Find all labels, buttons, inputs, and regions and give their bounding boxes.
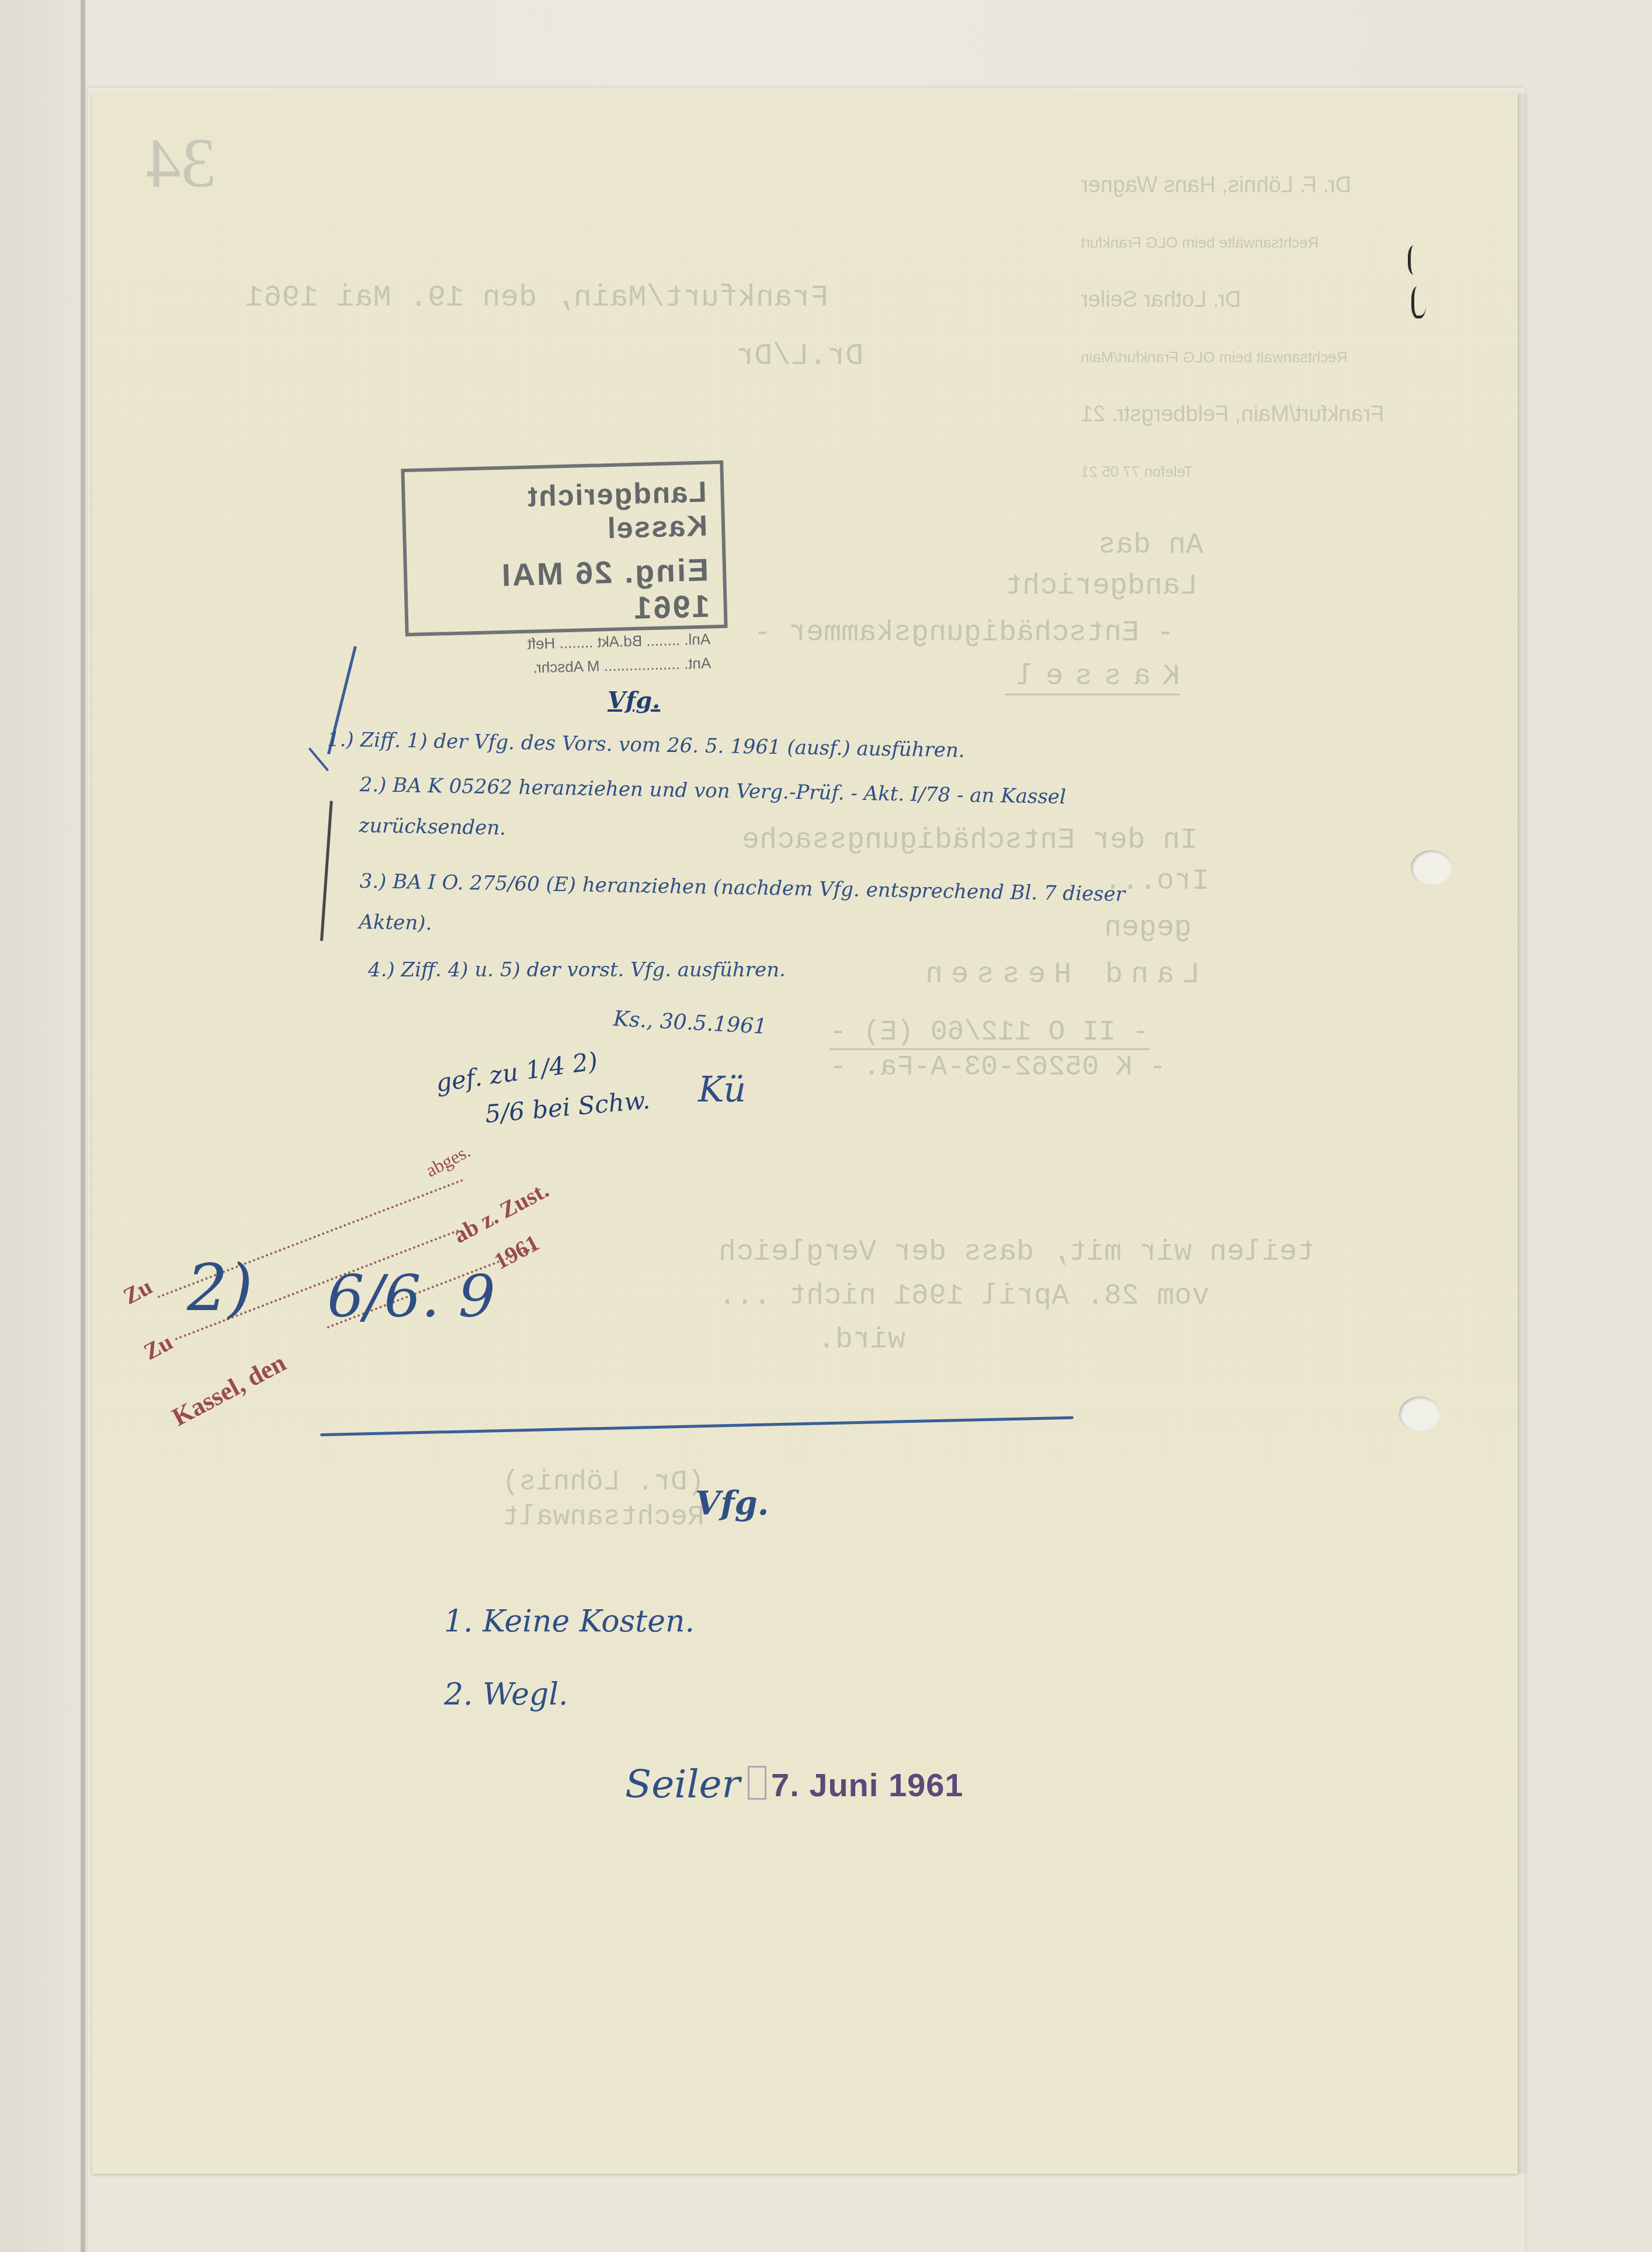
order-header: Vfg. [608,687,660,714]
case-number: - K 05262-03-A-Fa. - [830,1052,1166,1083]
letterhead: Dr. F. Löhnis, Hans Wagner Rechtsanwälte… [1081,146,1455,500]
reverse-signature: (Dr. Löhnis) [502,1467,704,1498]
body-line: teilen wir mit, dass der Vergleich [719,1236,1314,1269]
stamp-received-date: Eing. 26 MAI 1961 [421,552,710,632]
letterhead-line: Telefon 77 05 21 [1081,453,1455,490]
letterhead-line: Frankfurt/Main, Feldbergstr. 21 [1081,396,1455,432]
reverse-signature-title: Rechtsanwalt [502,1502,704,1533]
address-line: - Entschädigungskammer - [754,616,1174,650]
letterhead-line: Dr. F. Löhnis, Hans Wagner [1081,167,1455,203]
footer-item-2: 2. Wegl. [444,1677,568,1712]
footer-item-1: 1. Keine Kosten. [444,1604,695,1639]
punch-hole-top [1411,850,1452,885]
case-number: - II O 112/60 (E) - [830,1017,1149,1050]
punch-hole-bottom [1399,1397,1440,1432]
case-line: Land Hessen [917,958,1200,992]
letterhead-line: Rechtsanwalt beim OLG Frankfurt/Main [1081,339,1455,375]
order-item-3: 3.) BA I O. 275/60 (E) heranziehen (nach… [359,861,1166,957]
address-line: Kassel [1005,660,1180,695]
reference-code: Dr.L/Dr [736,339,863,373]
binder-edge [81,0,85,2252]
stamp-box-icon [748,1766,766,1800]
footer-mark: Vfg. [695,1484,769,1523]
order-item-2: 2.) BA K 05262 heranziehen und von Verg.… [359,764,1166,860]
stamp-fill-date: 6/6. 9 [327,1262,495,1331]
initials: Kü [698,1069,746,1110]
address-line: Landgericht [1005,570,1198,603]
letterhead-line: Dr. Lothar Seiler [1081,282,1455,318]
date-stamp: 7. Juni 1961 [748,1766,964,1804]
body-line: wird. [818,1324,905,1357]
signature: Seiler [625,1762,740,1807]
stamp-court-name: Landgericht Kassel [419,475,708,550]
page-number-faint: 34 [146,123,216,203]
date-stamp-text: 7. Juni 1961 [771,1766,964,1803]
body-line: vom 28. April 1961 nicht ... [719,1280,1209,1313]
letterhead-line: Rechtsanwälte beim OLG Frankfurt [1081,224,1455,261]
page-edge-shadow [1518,93,1529,2174]
place-date: Frankfurt/Main, den 19. Mai 1961 [245,280,829,315]
address-line: An das [1098,529,1203,562]
received-stamp: Landgericht Kassel Eing. 26 MAI 1961 Anl… [401,460,727,636]
order-item-4: 4.) Ziff. 4) u. 5) der vorst. Vfg. ausfü… [368,958,786,982]
